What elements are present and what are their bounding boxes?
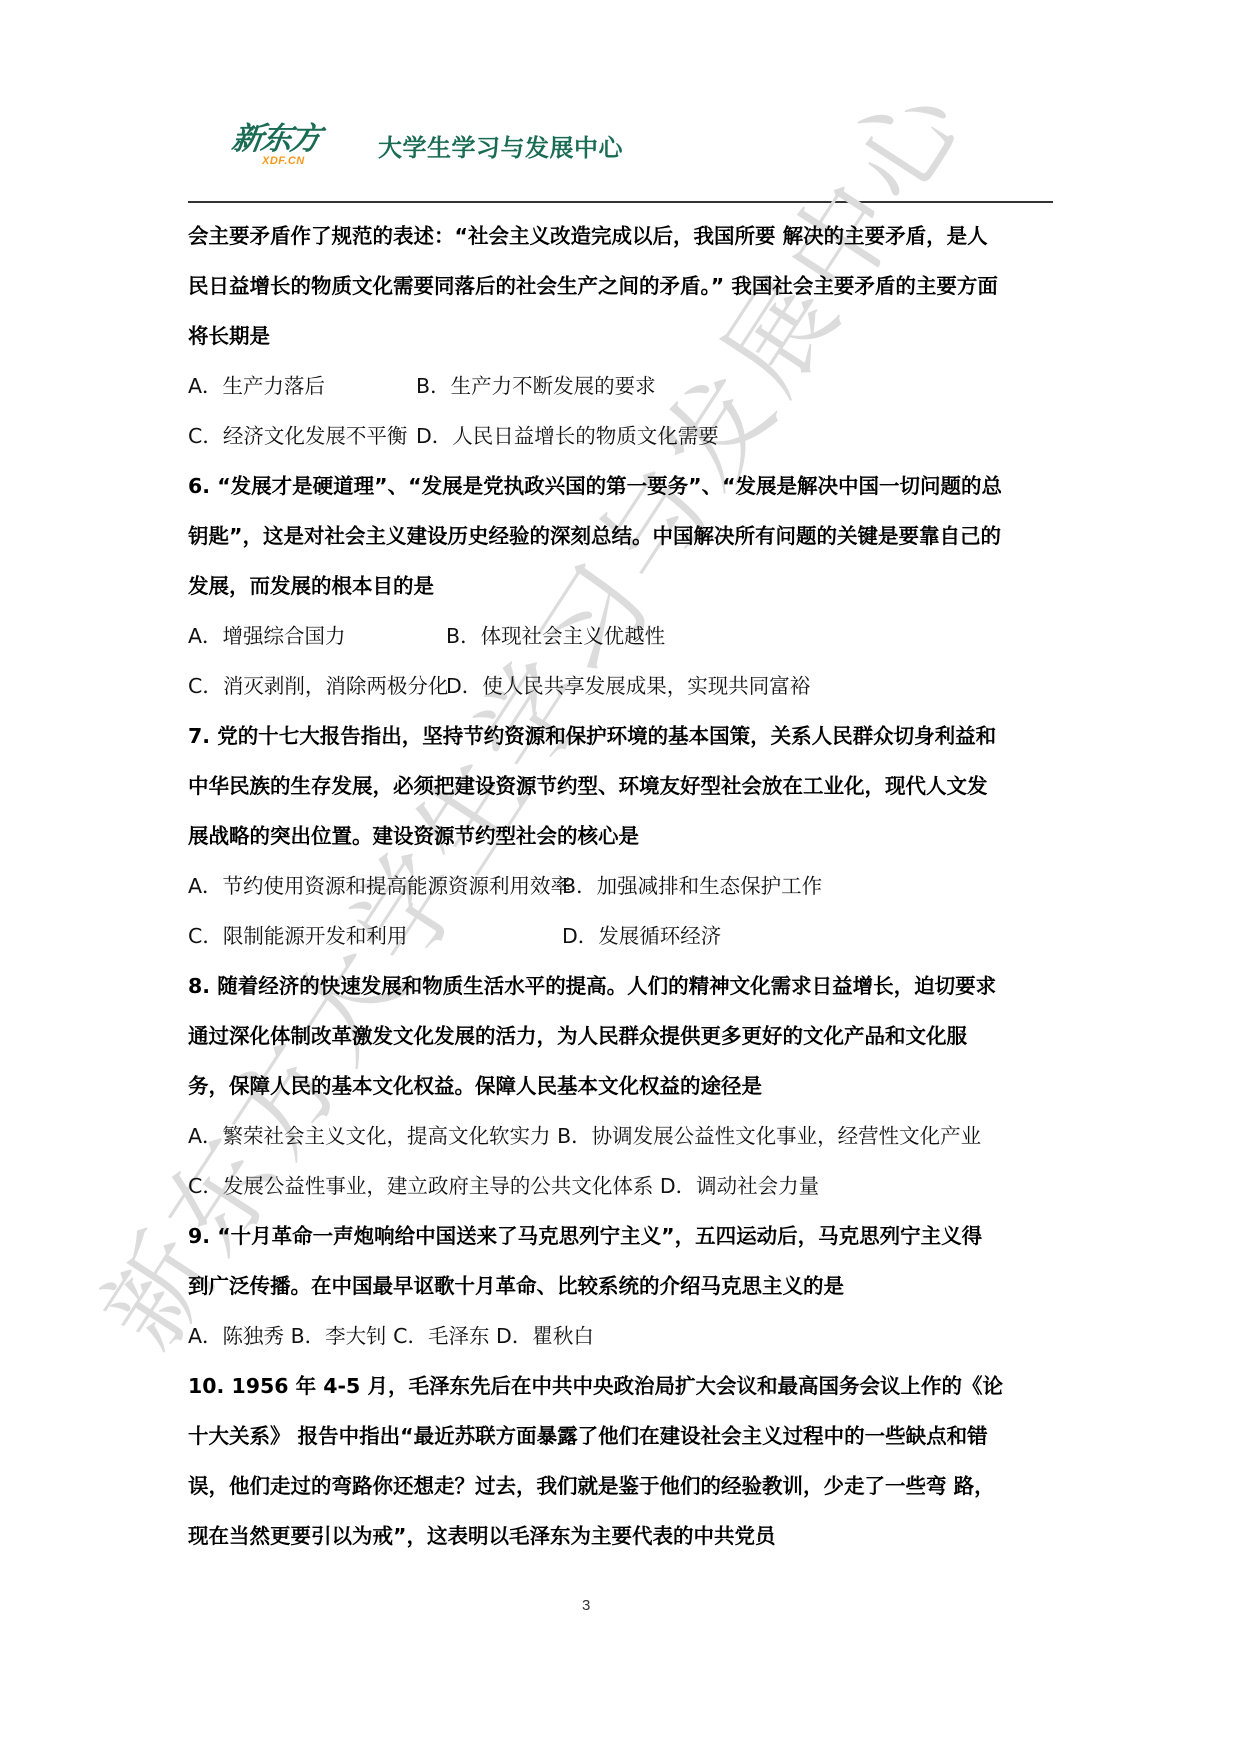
- question-text: 展战略的突出位置。建设资源节约型社会的核心是: [188, 816, 1058, 866]
- question-text: 民日益增长的物质文化需要同落后的社会生产之间的矛盾。” 我国社会主要矛盾的主要方…: [188, 266, 1058, 316]
- header-title: 大学生学习与发展中心: [378, 128, 623, 163]
- option-a: A．繁荣社会主义文化，提高文化软实力: [188, 1116, 551, 1156]
- page-number: 3: [582, 1597, 590, 1614]
- question-text: 中华民族的生存发展，必须把建设资源节约型、环境友好型社会放在工业化，现代人文发: [188, 766, 1058, 816]
- option-b: B．生产力不断发展的要求: [416, 366, 656, 406]
- option-a: A．增强综合国力: [188, 616, 446, 656]
- option-d: D．使人民共享发展成果，实现共同富裕: [446, 666, 810, 706]
- question-text: 会主要矛盾作了规范的表述：“社会主义改造完成以后，我国所要 解决的主要矛盾，是人: [188, 216, 1058, 266]
- document-body: 会主要矛盾作了规范的表述：“社会主义改造完成以后，我国所要 解决的主要矛盾，是人…: [188, 216, 1058, 1566]
- xdf-logo: 新东方 XDF.CN: [232, 122, 352, 170]
- option-d: D．瞿秋白: [496, 1316, 594, 1356]
- option-row: C．限制能源开发和利用D．发展循环经济: [188, 916, 1058, 966]
- option-a: A．陈独秀: [188, 1316, 284, 1356]
- option-b: B．协调发展公益性文化事业，经营性文化产业: [557, 1116, 981, 1156]
- option-c: C．发展公益性事业，建立政府主导的公共文化体系: [188, 1166, 653, 1206]
- option-a: A．节约使用资源和提高能源资源利用效率: [188, 866, 562, 906]
- question-text: 务，保障人民的基本文化权益。保障人民基本文化权益的途径是: [188, 1066, 1058, 1116]
- logo-domain-text: XDF.CN: [262, 155, 305, 167]
- question-text: 通过深化体制改革激发文化发展的活力，为人民群众提供更多更好的文化产品和文化服: [188, 1016, 1058, 1066]
- option-c: C．限制能源开发和利用: [188, 916, 562, 956]
- option-a: A．生产力落后: [188, 366, 416, 406]
- option-row: A．节约使用资源和提高能源资源利用效率B．加强减排和生态保护工作: [188, 866, 1058, 916]
- question-text: 10. 1956 年 4-5 月，毛泽东先后在中共中央政治局扩大会议和最高国务会…: [188, 1366, 1058, 1416]
- option-row: A．繁荣社会主义文化，提高文化软实力 B．协调发展公益性文化事业，经营性文化产业: [188, 1116, 1058, 1166]
- option-d: D．人民日益增长的物质文化需要: [416, 416, 719, 456]
- option-row: A．陈独秀 B．李大钊 C．毛泽东 D．瞿秋白: [188, 1316, 1058, 1366]
- page-header: 新东方 XDF.CN 大学生学习与发展中心: [232, 122, 623, 172]
- question-text: 十大关系》 报告中指出“最近苏联方面暴露了他们在建设社会主义过程中的一些缺点和错: [188, 1416, 1058, 1466]
- question-text: 将长期是: [188, 316, 1058, 366]
- option-row: A．生产力落后B．生产力不断发展的要求: [188, 366, 1058, 416]
- question-text: 到广泛传播。在中国最早讴歌十月革命、比较系统的介绍马克思主义的是: [188, 1266, 1058, 1316]
- option-c: C．经济文化发展不平衡: [188, 416, 416, 456]
- option-c: C．毛泽东: [393, 1316, 489, 1356]
- question-text: 9. “十月革命一声炮响给中国送来了马克思列宁主义”，五四运动后，马克思列宁主义…: [188, 1216, 1058, 1266]
- option-d: D．调动社会力量: [660, 1166, 819, 1206]
- question-text: 发展，而发展的根本目的是: [188, 566, 1058, 616]
- option-b: B．加强减排和生态保护工作: [562, 866, 822, 906]
- option-b: B．体现社会主义优越性: [446, 616, 665, 656]
- logo-chinese-text: 新东方: [230, 122, 355, 156]
- question-text: 8. 随着经济的快速发展和物质生活水平的提高。人们的精神文化需求日益增长，迫切要…: [188, 966, 1058, 1016]
- question-text: 6. “发展才是硬道理”、“发展是党执政兴国的第一要务”、“发展是解决中国一切问…: [188, 466, 1058, 516]
- option-d: D．发展循环经济: [562, 916, 721, 956]
- question-text: 钥匙”，这是对社会主义建设历史经验的深刻总结。中国解决所有问题的关键是要靠自己的: [188, 516, 1058, 566]
- option-b: B．李大钊: [291, 1316, 387, 1356]
- option-row: C．经济文化发展不平衡D．人民日益增长的物质文化需要: [188, 416, 1058, 466]
- question-text: 7. 党的十七大报告指出，坚持节约资源和保护环境的基本国策，关系人民群众切身利益…: [188, 716, 1058, 766]
- option-row: A．增强综合国力B．体现社会主义优越性: [188, 616, 1058, 666]
- question-text: 误，他们走过的弯路你还想走？过去，我们就是鉴于他们的经验教训，少走了一些弯 路，: [188, 1466, 1058, 1516]
- option-c: C．消灭剥削，消除两极分化: [188, 666, 446, 706]
- option-row: C．消灭剥削，消除两极分化D．使人民共享发展成果，实现共同富裕: [188, 666, 1058, 716]
- question-text: 现在当然更要引以为戒”，这表明以毛泽东为主要代表的中共党员: [188, 1516, 1058, 1566]
- option-row: C．发展公益性事业，建立政府主导的公共文化体系 D．调动社会力量: [188, 1166, 1058, 1216]
